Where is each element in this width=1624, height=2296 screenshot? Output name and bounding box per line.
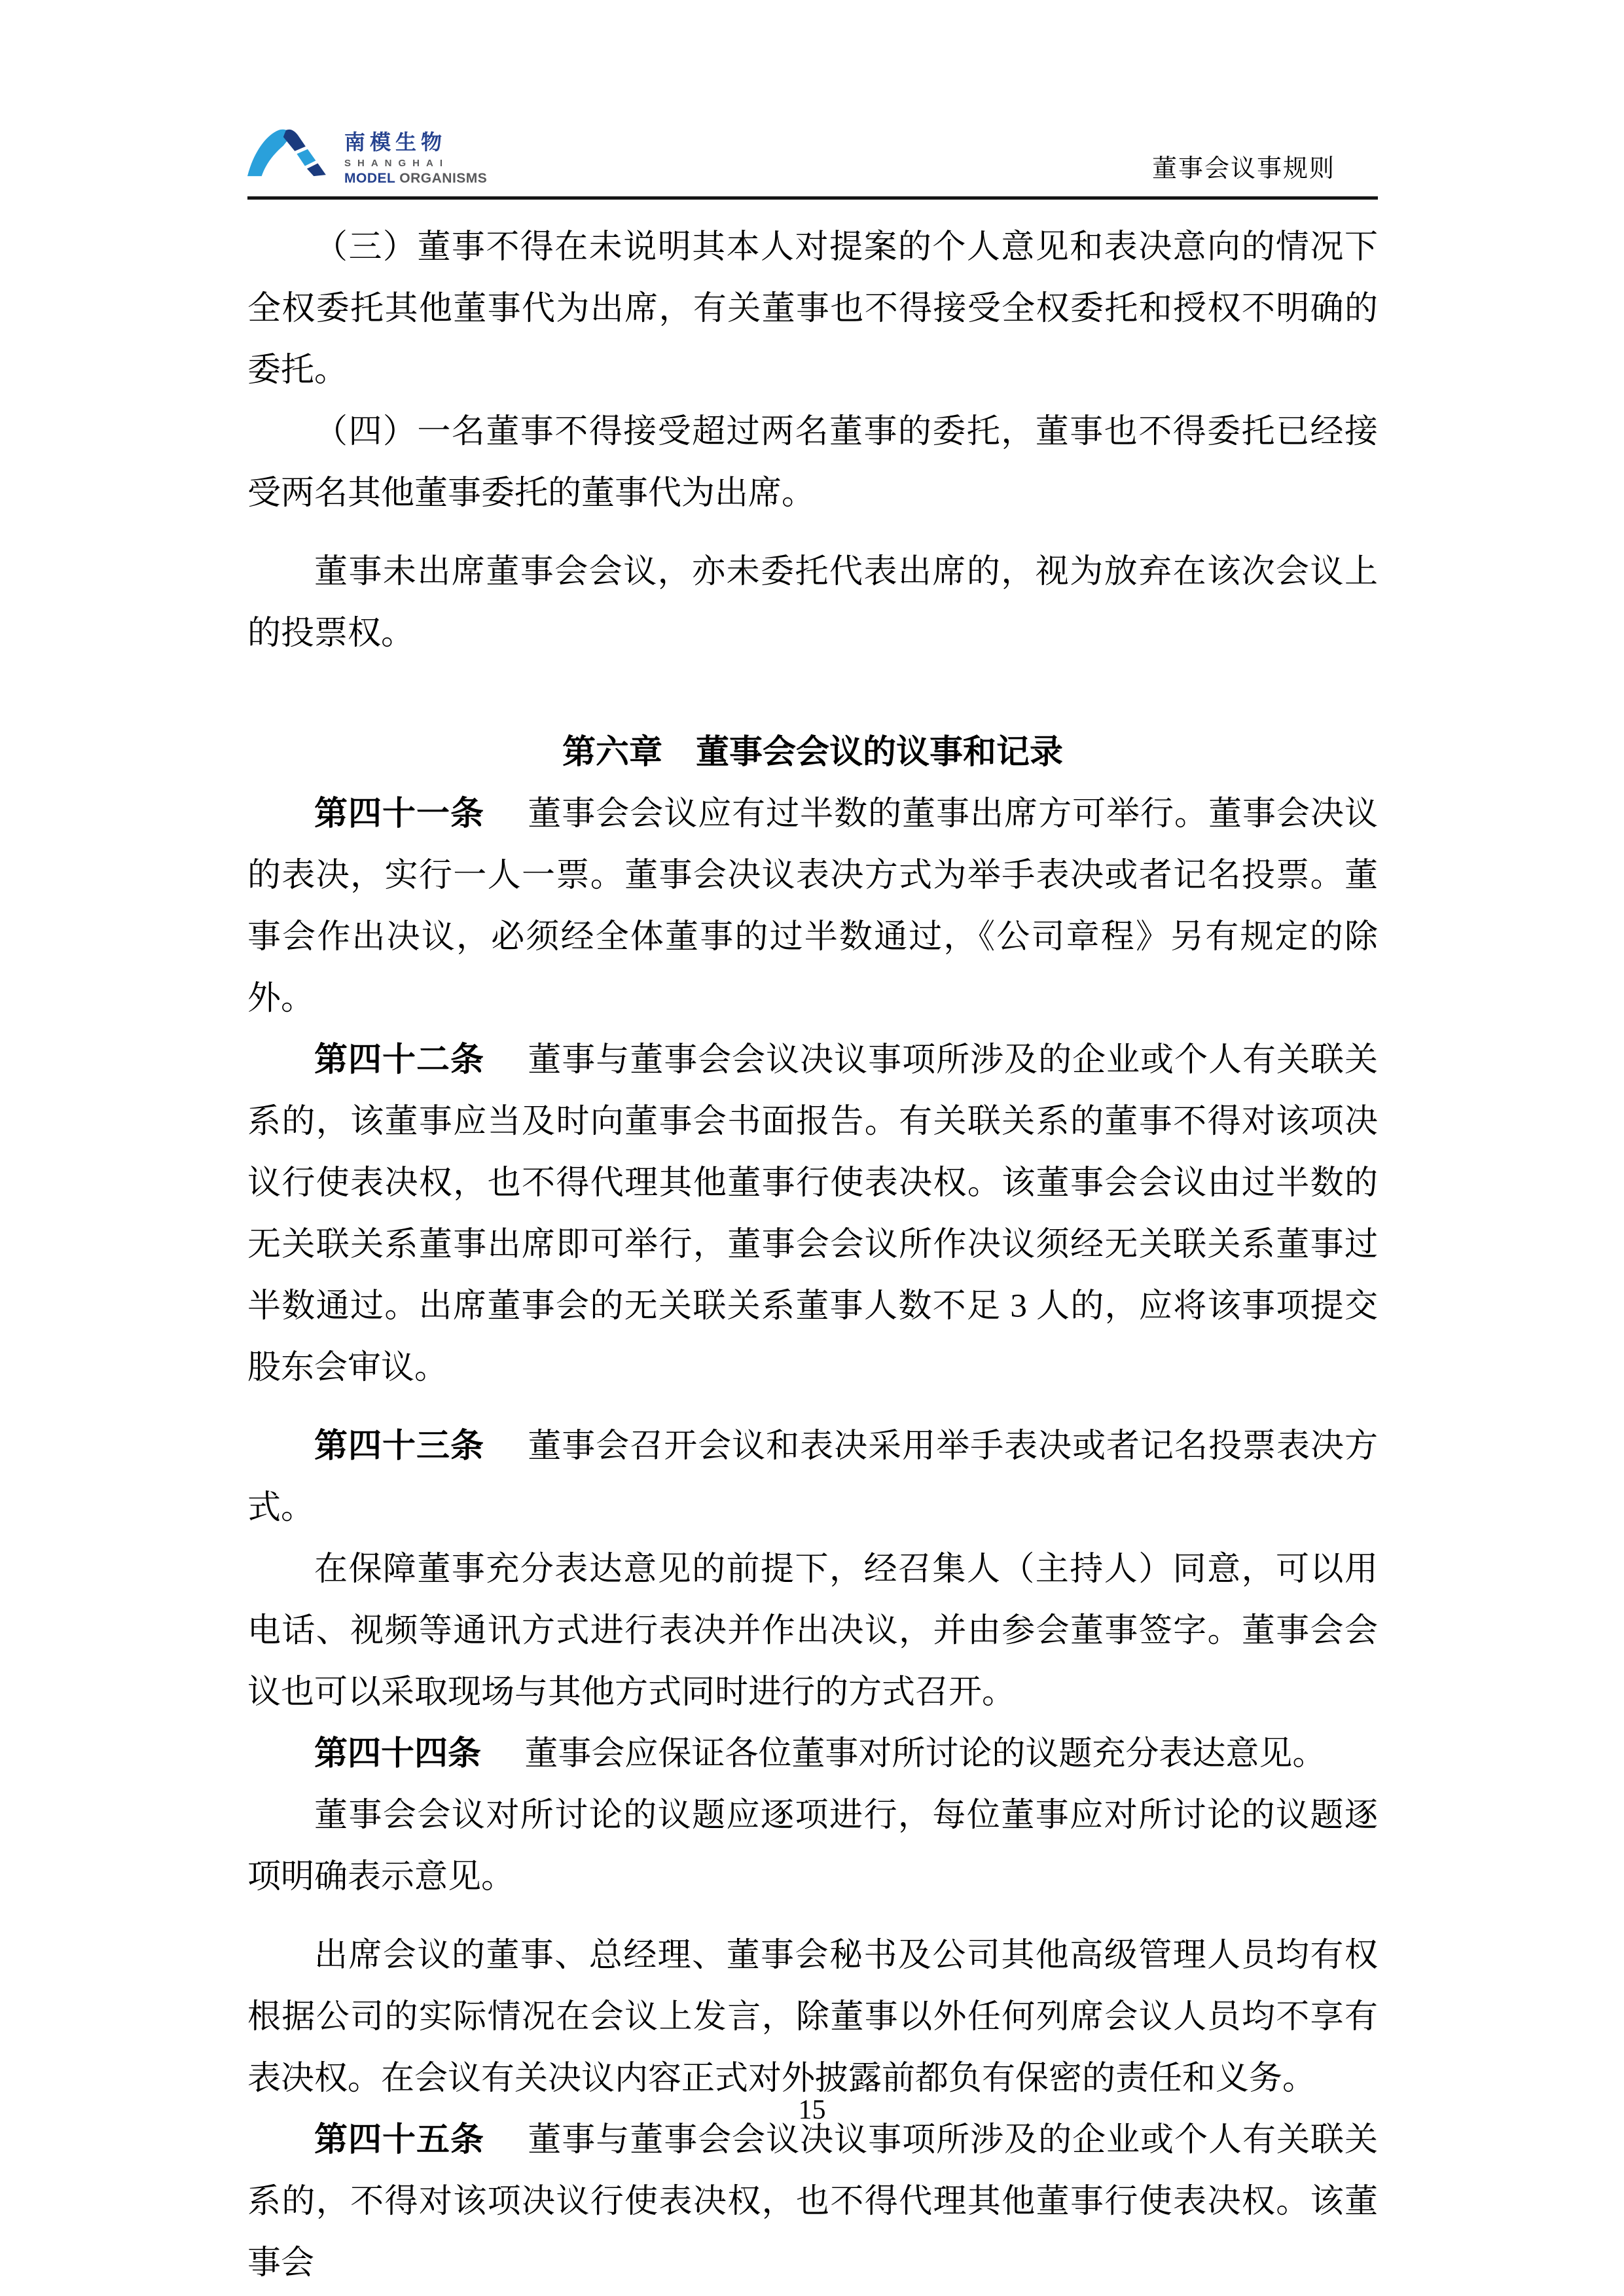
header-rule: [247, 196, 1378, 200]
body-paragraph: 第四十一条董事会会议应有过半数的董事出席方可举行。董事会决议的表决，实行一人一票…: [247, 783, 1378, 1030]
body-paragraph: 在保障董事充分表达意见的前提下，经召集人（主持人）同意，可以用电话、视频等通讯方…: [247, 1539, 1378, 1723]
body-paragraph: 第四十五条董事与董事会会议决议事项所涉及的企业或个人有关联关系的，不得对该项决议…: [247, 2109, 1378, 2294]
body-paragraph: （四）一名董事不得接受超过两名董事的委托，董事也不得委托已经接受两名其他董事委托…: [247, 401, 1378, 524]
article-number: 第四十五条: [314, 2122, 484, 2159]
logo-arch-icon: [247, 128, 329, 177]
body-paragraph: 出席会议的董事、总经理、董事会秘书及公司其他高级管理人员均有权根据公司的实际情况…: [247, 1925, 1378, 2109]
body-paragraph: 董事未出席董事会会议，亦未委托代表出席的，视为放弃在该次会议上的投票权。: [247, 541, 1378, 664]
body-paragraph: 第四十四条董事会应保证各位董事对所讨论的议题充分表达意见。: [247, 1723, 1378, 1785]
logo-wordmark: 南模生物 SHANGHAI MODEL ORGANISMS: [344, 128, 487, 187]
body-paragraph: 第四十三条董事会召开会议和表决采用举手表决或者记名投票表决方式。: [247, 1416, 1378, 1539]
article-number: 第四十二条: [314, 1042, 484, 1079]
company-logo: 南模生物 SHANGHAI MODEL ORGANISMS: [247, 128, 487, 187]
page-number: 15: [0, 2094, 1624, 2126]
logo-company-name-en-2: MODEL ORGANISMS: [344, 171, 487, 187]
logo-model-text: MODEL: [344, 171, 395, 186]
chapter-heading: 第六章 董事会会议的议事和记录: [247, 722, 1378, 783]
article-number: 第四十一条: [314, 796, 484, 833]
logo-company-name-en-1: SHANGHAI: [344, 158, 487, 169]
body-paragraph: 第四十二条董事与董事会会议决议事项所涉及的企业或个人有关联关系的，该董事应当及时…: [247, 1030, 1378, 1399]
logo-organisms-text: ORGANISMS: [395, 171, 487, 186]
header-document-title: 董事会议事规则: [1152, 148, 1335, 184]
article-number: 第四十四条: [314, 1736, 481, 1772]
document-page: 南模生物 SHANGHAI MODEL ORGANISMS 董事会议事规则 （三…: [0, 0, 1624, 2296]
document-body: （三）董事不得在未说明其本人对提案的个人意见和表决意向的情况下全权委托其他董事代…: [247, 217, 1378, 2294]
article-number: 第四十三条: [314, 1428, 484, 1465]
logo-company-name-cn: 南模生物: [344, 131, 487, 154]
body-paragraph: （三）董事不得在未说明其本人对提案的个人意见和表决意向的情况下全权委托其他董事代…: [247, 217, 1378, 401]
body-paragraph: 董事会会议对所讨论的议题应逐项进行，每位董事应对所讨论的议题逐项明确表示意见。: [247, 1785, 1378, 1908]
